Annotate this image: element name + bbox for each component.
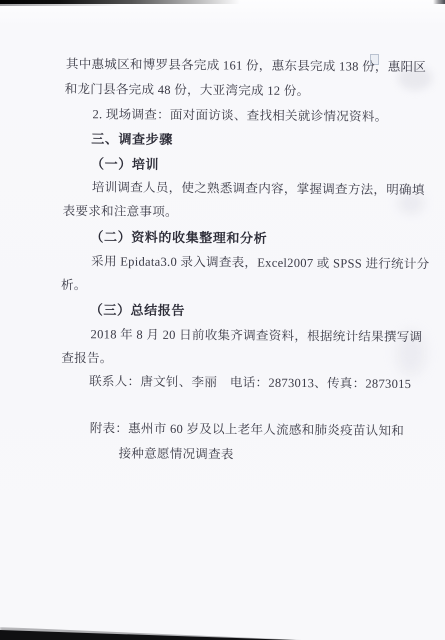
scanned-document-page: 其中惠城区和博罗县各完成 161 份，惠东县完成 138 份，惠阳区和龙门县各完… bbox=[0, 0, 445, 640]
doc-text-line: 联系人：唐文钊、李丽 电话：2873013、传真：2873015 bbox=[89, 373, 411, 393]
doc-heading-line: （二）资料的收集整理和分析 bbox=[90, 228, 267, 247]
doc-text-line: 采用 Epidata3.0 录入调查表，Excel2007 或 SPSS 进行统… bbox=[91, 253, 429, 273]
doc-text-line: 2. 现场调查：面对面访谈、查找相关就诊情况资料。 bbox=[92, 106, 387, 126]
document-text-layer: 其中惠城区和博罗县各完成 161 份，惠东县完成 138 份，惠阳区和龙门县各完… bbox=[0, 0, 445, 640]
doc-text-line: 和龙门县各完成 48 份，大亚湾完成 12 份。 bbox=[65, 81, 310, 100]
doc-text-line: 表要求和注意事项。 bbox=[63, 203, 178, 221]
doc-heading-line: 三、调查步骤 bbox=[91, 130, 173, 148]
doc-text-line: 查报告。 bbox=[61, 350, 112, 367]
doc-heading-line: （三）总结报告 bbox=[90, 301, 185, 319]
doc-text-line: 附表：惠州市 60 岁及以上老年人流感和肺炎疫苗认知和 bbox=[90, 420, 404, 440]
doc-text-line: 培训调查人员，使之熟悉调查内容，掌握调查方法，明确填 bbox=[92, 179, 425, 199]
doc-text-line: 2018 年 8 月 20 日前收集齐调查资料，根据统计结果撰写调 bbox=[91, 326, 423, 346]
doc-text-line: 其中惠城区和博罗县各完成 161 份，惠东县完成 138 份，惠阳区 bbox=[66, 56, 426, 76]
doc-text-line: 析。 bbox=[61, 277, 87, 294]
doc-text-line: 接种意愿情况调查表 bbox=[118, 445, 233, 463]
doc-heading-line: （一）培训 bbox=[91, 155, 159, 173]
